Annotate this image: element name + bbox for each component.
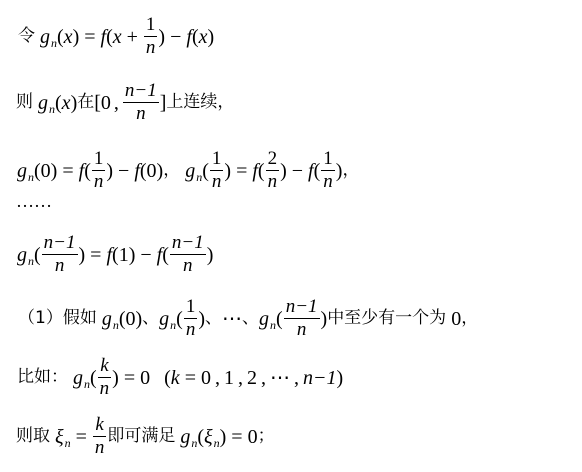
fraction-1-over-n: 1n xyxy=(144,14,158,59)
equation-line-6: （1）假如 gn (0) 、 gn ( 1n ) 、 ⋯ 、 gn ( n−1n… xyxy=(18,296,478,341)
text-ling: 令 xyxy=(18,28,35,45)
symbol-g: g xyxy=(40,27,50,47)
equation-line-8: 则取 ξn = kn 即可满足 gn (ξn) = 0 ； xyxy=(16,414,275,459)
fraction-1-over-n: 1n xyxy=(184,296,198,341)
fraction-n-minus-1-over-n: n−1n xyxy=(170,232,206,277)
fraction-1-over-n: 1n xyxy=(321,148,335,193)
fraction-2-over-n: 2n xyxy=(266,148,280,193)
fraction-k-over-n: kn xyxy=(93,414,107,459)
ellipsis-line: …… xyxy=(16,196,52,214)
fraction-n-minus-1-over-n: n−1n xyxy=(123,80,159,125)
equation-line-2: 则 gn (x) 在 [0, n−1n ] 上连续， xyxy=(16,80,234,125)
fraction-k-over-n: kn xyxy=(98,355,112,400)
fraction-n-minus-1-over-n: n−1n xyxy=(284,296,320,341)
fraction-n-minus-1-over-n: n−1n xyxy=(42,232,78,277)
ellipsis-text: …… xyxy=(16,192,52,210)
equation-line-5: gn ( n−1n ) = f(1) − f( n−1n ) xyxy=(17,232,213,277)
equation-line-7: 比如： gn ( kn ) = 0 (k = 0, 1, 2, ⋯, n−1) xyxy=(17,355,343,400)
equation-line-3: gn (0) = f( 1n ) − f(0) ， gn ( 1n ) = f(… xyxy=(17,148,359,193)
equation-line-1: 令 gn (x) = f (x + 1n ) − f(x) xyxy=(18,14,214,59)
fraction-1-over-n: 1n xyxy=(210,148,224,193)
fraction-1-over-n: 1n xyxy=(92,148,106,193)
